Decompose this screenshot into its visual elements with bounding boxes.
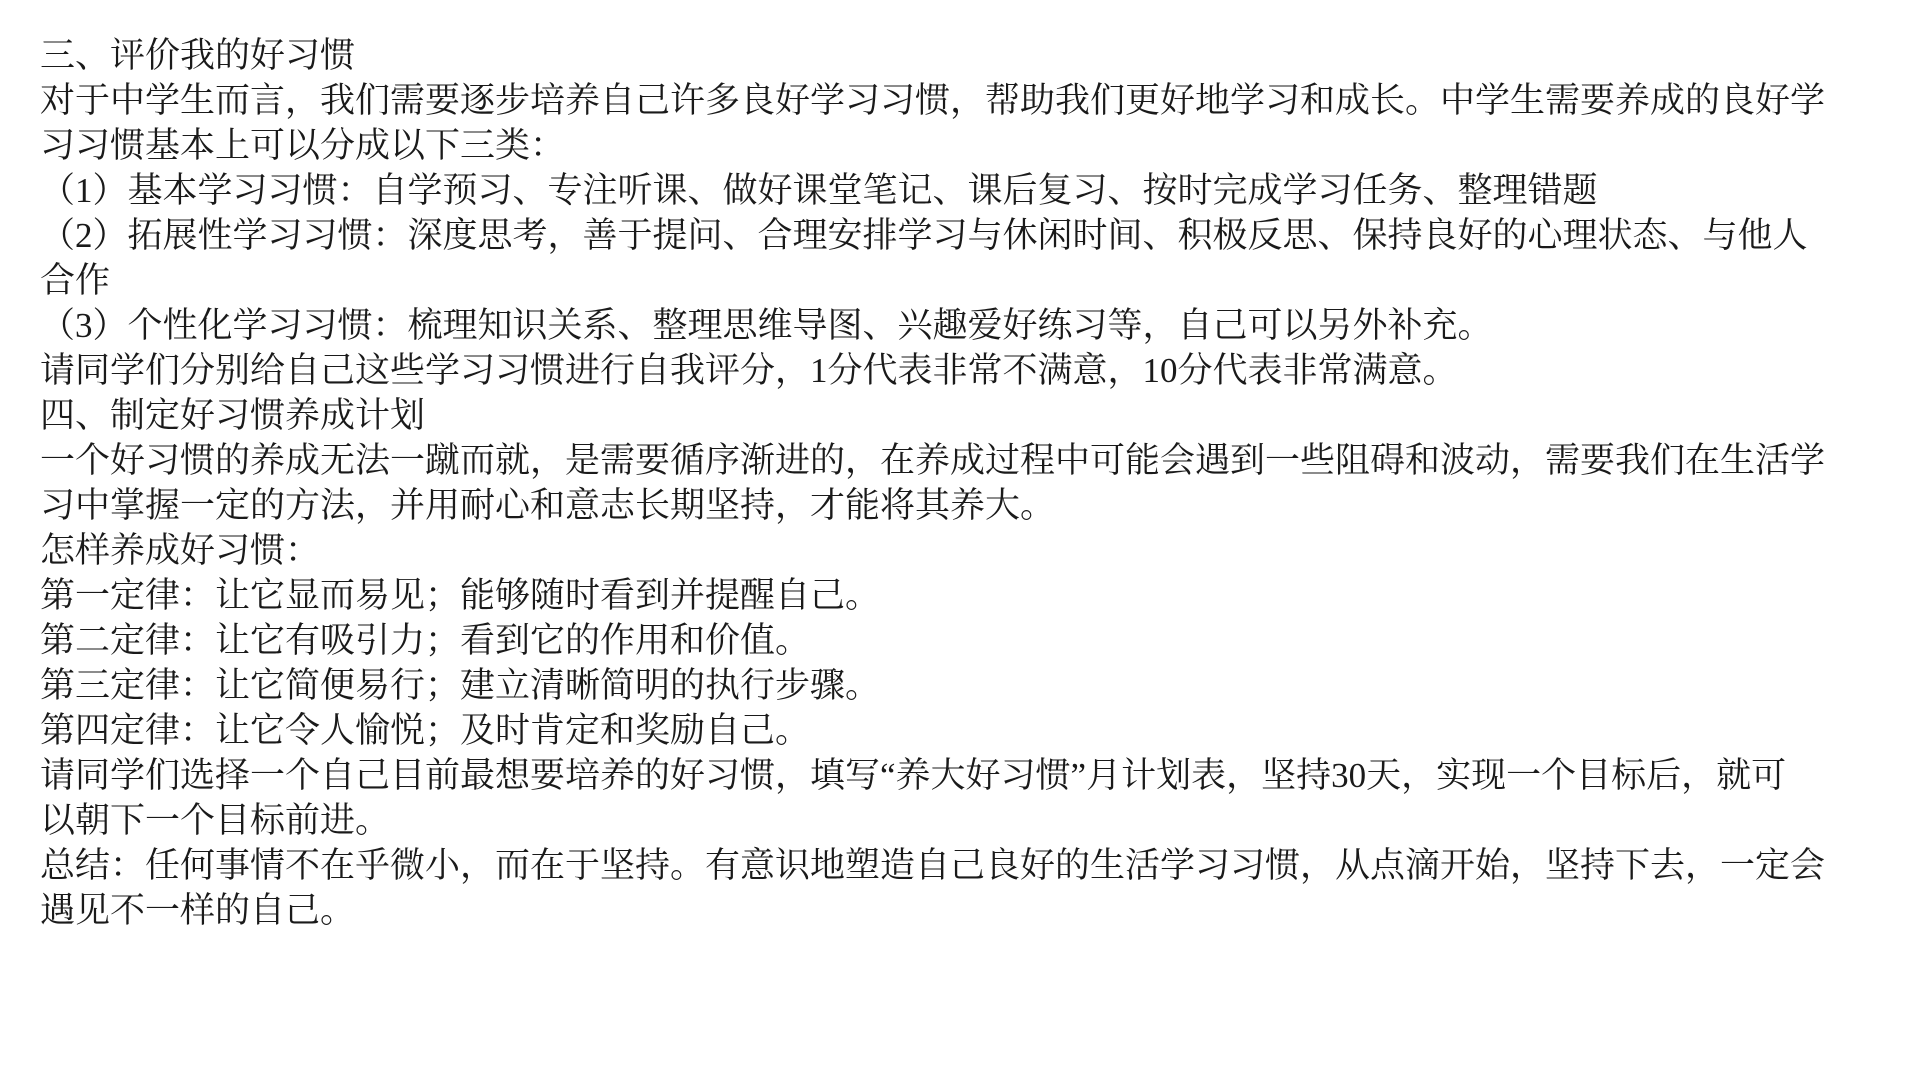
- text-line: 三、评价我的好习惯: [40, 33, 1896, 78]
- text-line: 一个好习惯的养成无法一蹴而就，是需要循序渐进的，在养成过程中可能会遇到一些阻碍和…: [40, 438, 1896, 483]
- text-line: 第二定律：让它有吸引力；看到它的作用和价值。: [40, 618, 1896, 663]
- text-line: 习习惯基本上可以分成以下三类：: [40, 123, 1896, 168]
- text-line: 第三定律：让它简便易行；建立清晰简明的执行步骤。: [40, 663, 1896, 708]
- text-line: 四、制定好习惯养成计划: [40, 393, 1896, 438]
- text-line: （1）基本学习习惯：自学预习、专注听课、做好课堂笔记、课后复习、按时完成学习任务…: [40, 168, 1896, 213]
- text-line: 怎样养成好习惯：: [40, 528, 1896, 573]
- text-line: 第四定律：让它令人愉悦；及时肯定和奖励自己。: [40, 708, 1896, 753]
- document-text: 三、评价我的好习惯对于中学生而言，我们需要逐步培养自己许多良好学习习惯，帮助我们…: [40, 33, 1896, 933]
- text-line: 请同学们选择一个自己目前最想要培养的好习惯，填写“养大好习惯”月计划表，坚持30…: [40, 753, 1896, 798]
- text-line: 以朝下一个目标前进。: [40, 798, 1896, 843]
- document-page: 三、评价我的好习惯对于中学生而言，我们需要逐步培养自己许多良好学习习惯，帮助我们…: [40, 33, 1896, 933]
- text-line: 请同学们分别给自己这些学习习惯进行自我评分，1分代表非常不满意，10分代表非常满…: [40, 348, 1896, 393]
- text-line: 第一定律：让它显而易见；能够随时看到并提醒自己。: [40, 573, 1896, 618]
- text-line: （2）拓展性学习习惯：深度思考，善于提问、合理安排学习与休闲时间、积极反思、保持…: [40, 213, 1896, 258]
- text-line: 遇见不一样的自己。: [40, 888, 1896, 933]
- text-line: （3）个性化学习习惯：梳理知识关系、整理思维导图、兴趣爱好练习等，自己可以另外补…: [40, 303, 1896, 348]
- text-line: 合作: [40, 258, 1896, 303]
- text-line: 总结：任何事情不在乎微小，而在于坚持。有意识地塑造自己良好的生活学习习惯，从点滴…: [40, 843, 1896, 888]
- text-line: 习中掌握一定的方法，并用耐心和意志长期坚持，才能将其养大。: [40, 483, 1896, 528]
- text-line: 对于中学生而言，我们需要逐步培养自己许多良好学习习惯，帮助我们更好地学习和成长。…: [40, 78, 1896, 123]
